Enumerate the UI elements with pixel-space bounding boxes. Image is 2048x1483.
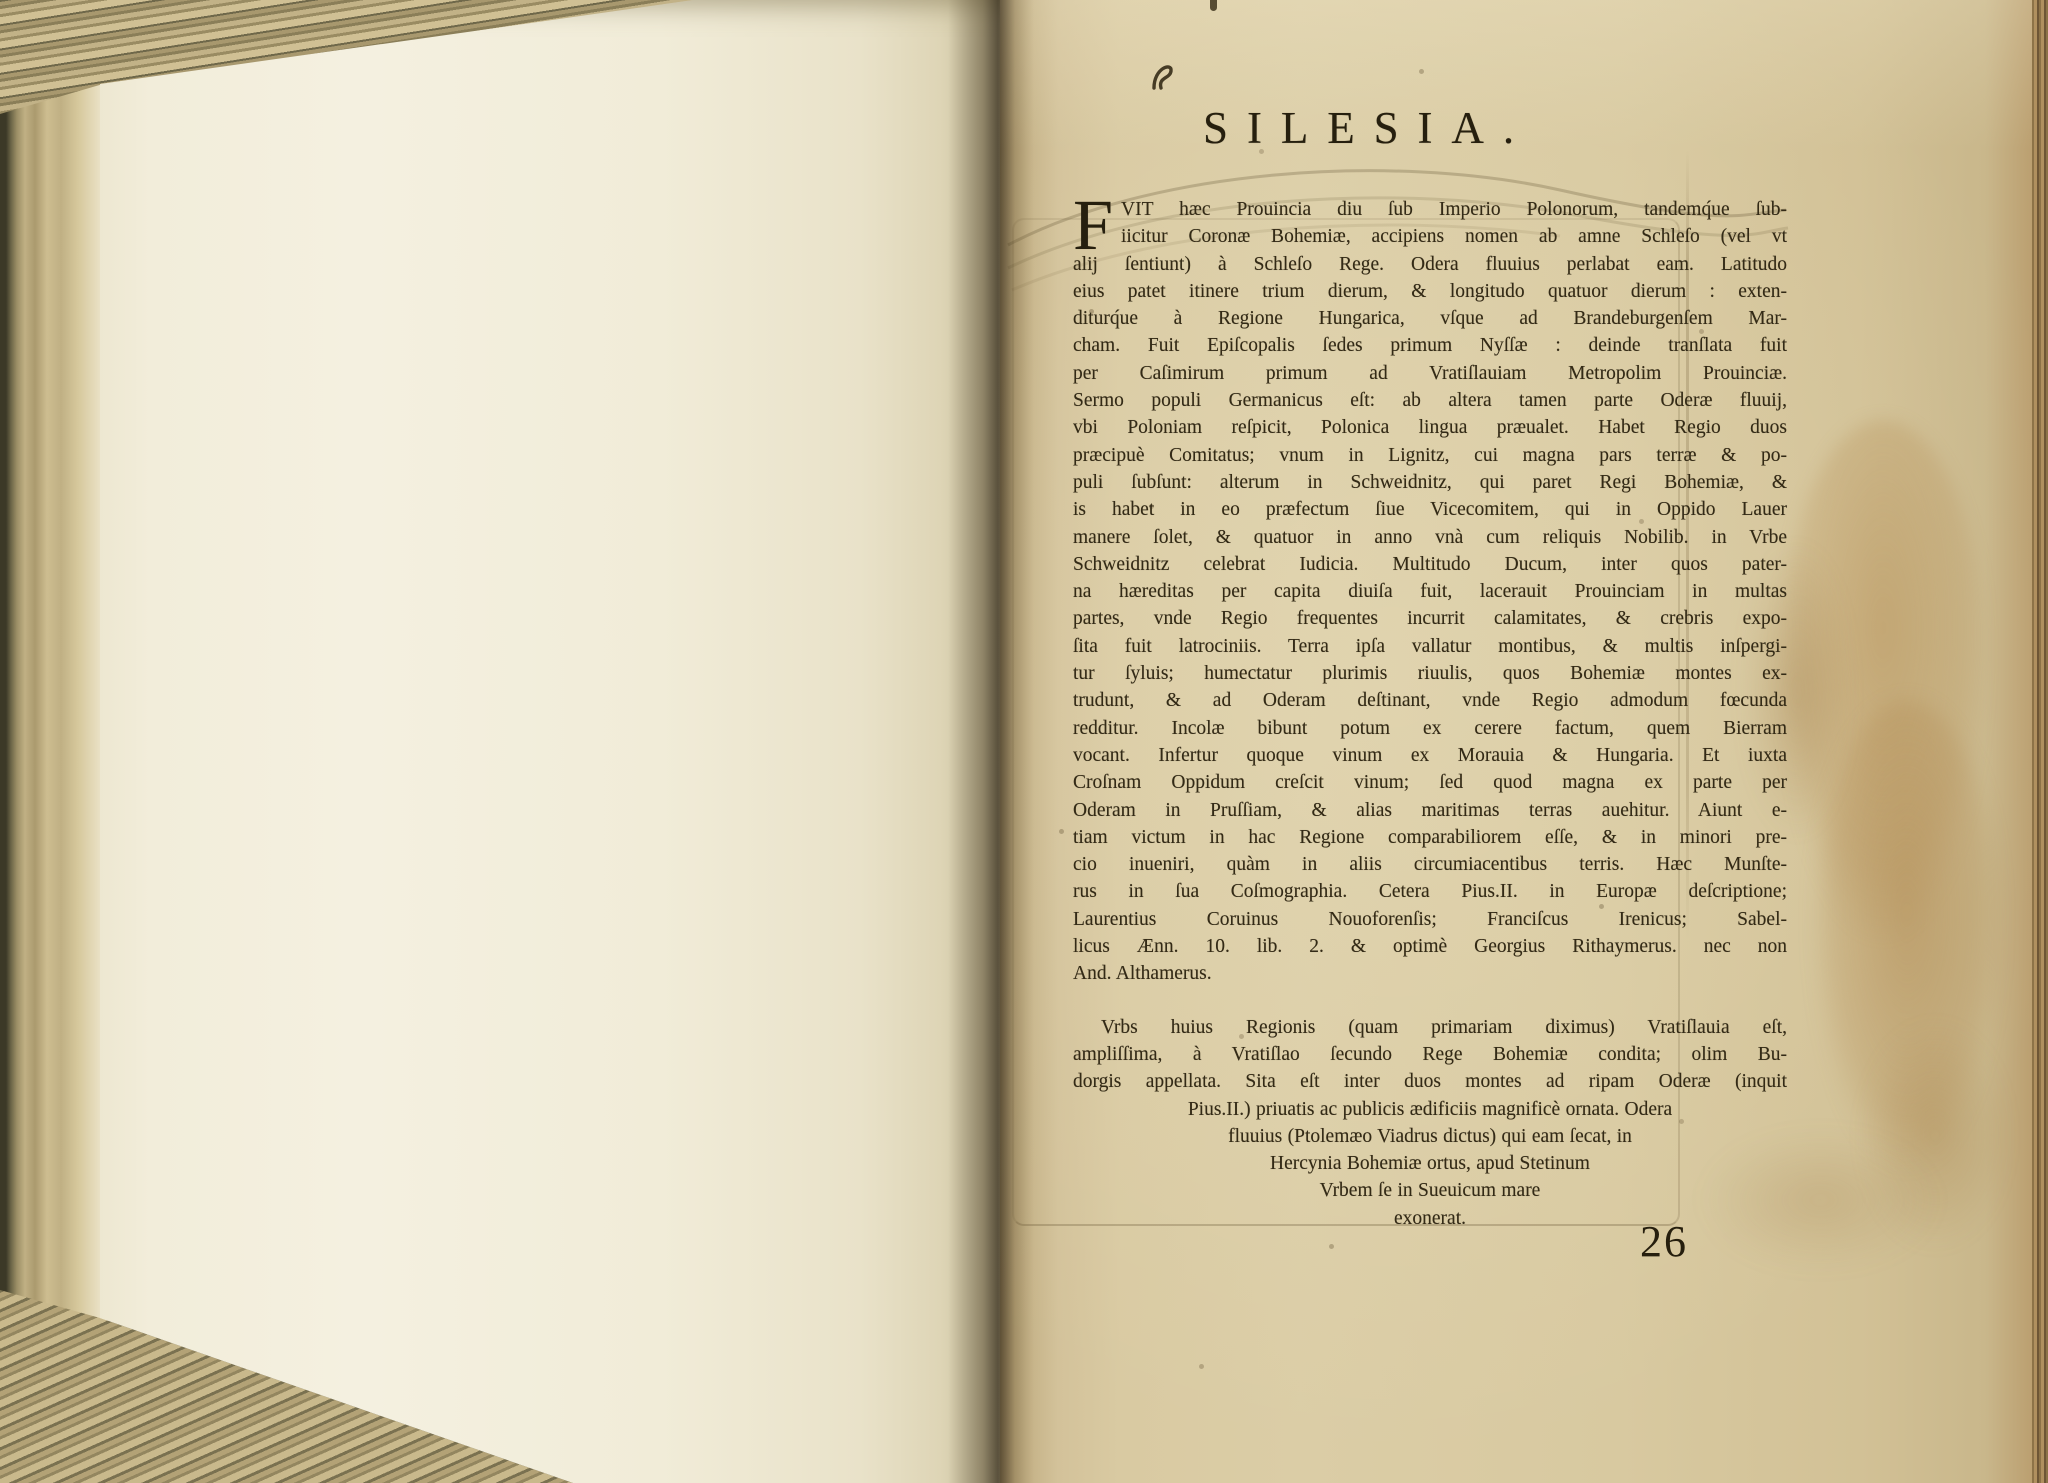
text-line: Hercynia Bohemiæ ortus, apud Stetinum bbox=[1073, 1150, 1787, 1177]
text-line: is habet in eo præfectum ſiue Vicecomite… bbox=[1073, 496, 1787, 523]
text-line: cio inueniri, quàm in aliis circumiacent… bbox=[1073, 851, 1787, 878]
text-line: redditur. Incolæ bibunt potum ex cerere … bbox=[1073, 715, 1787, 742]
paragraph-1: VIT hæc Prouincia diu ſub Imperio Polono… bbox=[1073, 196, 1787, 988]
right-page-block-edge bbox=[2032, 0, 2048, 1483]
text-line: Pius.II.) priuatis ac publicis ædificiis… bbox=[1073, 1096, 1787, 1123]
text-line: licus Ænn. 10. lib. 2. & optimè Georgius… bbox=[1073, 933, 1787, 960]
page-number: 26 bbox=[1640, 1216, 1688, 1267]
book-spread-scan: SILESIA. F VIT hæc Prouincia diu ſub Imp… bbox=[0, 0, 2048, 1483]
text-line: iicitur Coronæ Bohemiæ, accipiens nomen … bbox=[1121, 223, 1787, 250]
paper-stain bbox=[1812, 700, 2002, 1170]
text-line: vbi Poloniam reſpicit, Polonica lingua p… bbox=[1073, 414, 1787, 441]
ink-spot bbox=[1210, 0, 1217, 11]
text-line: cham. Fuit Epiſcopalis ſedes primum Nyſſ… bbox=[1073, 332, 1787, 359]
text-block: F VIT hæc Prouincia diu ſub Imperio Polo… bbox=[1073, 196, 1787, 1232]
left-blank-page bbox=[60, 0, 1010, 1483]
left-page-block-edge bbox=[0, 0, 106, 1483]
text-line: Croſnam Oppidum creſcit vinum; ſed quod … bbox=[1073, 769, 1787, 796]
text-line: Schweidnitz celebrat Iudicia. Multitudo … bbox=[1073, 551, 1787, 578]
text-line: per Caſimirum primum ad Vratiſlauiam Met… bbox=[1073, 360, 1787, 387]
text-line: vocant. Infertur quoque vinum ex Morauia… bbox=[1073, 742, 1787, 769]
text-line: dorgis appellata. Sita eſt inter duos mo… bbox=[1073, 1068, 1787, 1095]
right-text-page: SILESIA. F VIT hæc Prouincia diu ſub Imp… bbox=[1000, 0, 2032, 1483]
text-line: præcipuè Comitatus; vnum in Lignitz, cui… bbox=[1073, 442, 1787, 469]
ink-mark bbox=[1148, 58, 1182, 98]
text-line: manere ſolet, & quatuor in anno vnà cum … bbox=[1073, 524, 1787, 551]
book-gutter-shadow bbox=[948, 0, 1034, 1483]
text-line: Vrbem ſe in Sueuicum mare bbox=[1073, 1177, 1787, 1204]
text-line: fluuius (Ptolemæo Viadrus dictus) qui ea… bbox=[1073, 1123, 1787, 1150]
paper-stain bbox=[1778, 420, 1988, 940]
page-title: SILESIA. bbox=[1018, 102, 1718, 154]
text-line: rus in ſua Coſmographia. Cetera Pius.II.… bbox=[1073, 878, 1787, 905]
text-line: tiam victum in hac Regione comparabilior… bbox=[1073, 824, 1787, 851]
text-line: tur ſyluis; humectatur plurimis riuulis,… bbox=[1073, 660, 1787, 687]
paragraph-2: Vrbs huius Regionis (quam primariam dixi… bbox=[1073, 1014, 1787, 1232]
text-line: Laurentius Coruinus Nouoforenſis; Franci… bbox=[1073, 906, 1787, 933]
paper-stain bbox=[1860, 1020, 2010, 1250]
text-line: ſita fuit latrociniis. Terra ipſa vallat… bbox=[1073, 633, 1787, 660]
text-line: puli ſubſunt: alterum in Schweidnitz, qu… bbox=[1073, 469, 1787, 496]
text-line: alij ſentiunt) à Schleſo Rege. Odera flu… bbox=[1073, 251, 1787, 278]
text-line: Sermo populi Germanicus eſt: ab altera t… bbox=[1073, 387, 1787, 414]
text-line: partes, vnde Regio frequentes incurrit c… bbox=[1073, 605, 1787, 632]
text-line: eius patet itinere trium dierum, & longi… bbox=[1073, 278, 1787, 305]
text-line: ampliſſima, à Vratiſlao ſecundo Rege Boh… bbox=[1073, 1041, 1787, 1068]
text-line: Vrbs huius Regionis (quam primariam dixi… bbox=[1073, 1014, 1787, 1041]
text-line: And. Althamerus. bbox=[1073, 960, 1787, 987]
text-line: diturq́ue à Regione Hungarica, vſque ad … bbox=[1073, 305, 1787, 332]
drop-cap-initial: F bbox=[1073, 189, 1113, 261]
text-line: na hæreditas per capita diuiſa fuit, lac… bbox=[1073, 578, 1787, 605]
text-line: Oderam in Pruſſiam, & alias maritimas te… bbox=[1073, 797, 1787, 824]
text-line: trudunt, & ad Oderam deſtinant, vnde Reg… bbox=[1073, 687, 1787, 714]
text-line: VIT hæc Prouincia diu ſub Imperio Polono… bbox=[1121, 196, 1787, 223]
